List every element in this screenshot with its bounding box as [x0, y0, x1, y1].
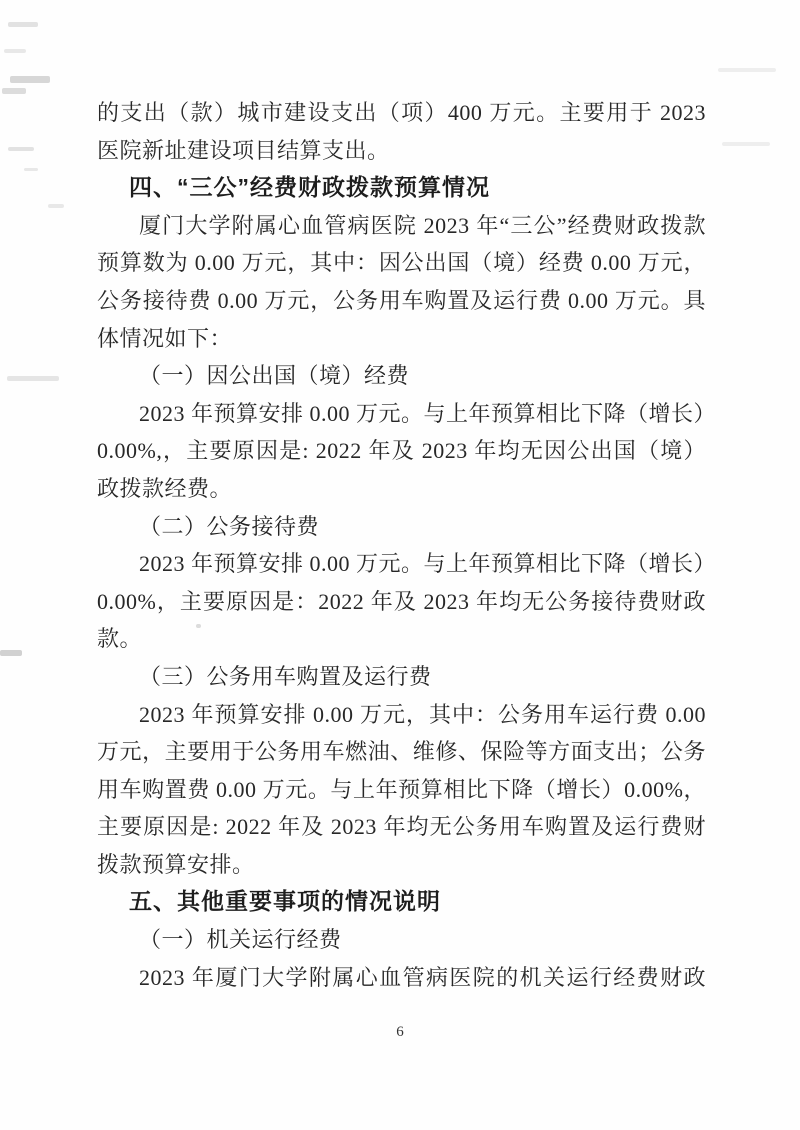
text-line: 拨款预算安排。: [97, 846, 706, 884]
scan-artifact: [8, 147, 34, 151]
text-line: 医院新址建设项目结算支出。: [97, 132, 706, 170]
text-line: 公务接待费 0.00 万元，公务用车购置及运行费 0.00 万元。具: [97, 282, 706, 320]
section-heading: 五、其他重要事项的情况说明: [97, 883, 706, 921]
scan-artifact: [24, 168, 38, 171]
scan-artifact: [48, 204, 64, 208]
text-line: 2023 年预算安排 0.00 万元，其中：公务用车运行费 0.00: [97, 696, 706, 734]
scanned-document-page: 的支出（款）城市建设支出（项）400 万元。主要用于 2023 年 医院新址建设…: [0, 0, 800, 1130]
text-line: 0.00%，主要原因是：2022 年及 2023 年均无公务接待费财政拨: [97, 583, 706, 621]
document-body: 的支出（款）城市建设支出（项）400 万元。主要用于 2023 年 医院新址建设…: [97, 94, 706, 996]
text-line: 政拨款经费。: [97, 470, 706, 508]
page-number: 6: [0, 1024, 800, 1041]
subsection-heading: （三）公务用车购置及运行费: [97, 658, 706, 696]
scan-artifact: [10, 76, 50, 83]
subsection-heading: （二）公务接待费: [97, 508, 706, 546]
text-line: 0.00%,，主要原因是: 2022 年及 2023 年均无因公出国（境）财: [97, 432, 706, 470]
text-line: 2023 年厦门大学附属心血管病医院的机关运行经费财政拨: [97, 959, 706, 997]
text-line: 2023 年预算安排 0.00 万元。与上年预算相比下降（增长）: [97, 395, 706, 433]
text-line: 主要原因是: 2022 年及 2023 年均无公务用车购置及运行费财政: [97, 808, 706, 846]
scan-artifact: [8, 22, 38, 27]
scan-artifact: [0, 650, 22, 656]
section-heading: 四、“三公”经费财政拨款预算情况: [97, 169, 706, 207]
text-line: 的支出（款）城市建设支出（项）400 万元。主要用于 2023 年: [97, 94, 706, 132]
scan-artifact: [722, 142, 770, 146]
scan-artifact: [2, 88, 26, 94]
subsection-heading: （一）因公出国（境）经费: [97, 357, 706, 395]
text-line: 万元，主要用于公务用车燃油、维修、保险等方面支出；公务: [97, 733, 706, 771]
text-line: 2023 年预算安排 0.00 万元。与上年预算相比下降（增长）: [97, 545, 706, 583]
text-line: 用车购置费 0.00 万元。与上年预算相比下降（增长）0.00%，: [97, 771, 706, 809]
text-line: 厦门大学附属心血管病医院 2023 年“三公”经费财政拨款: [97, 207, 706, 245]
scan-artifact: [718, 68, 776, 72]
scan-artifact: [7, 376, 59, 381]
subsection-heading: （一）机关运行经费: [97, 921, 706, 959]
text-line: 预算数为 0.00 万元，其中：因公出国（境）经费 0.00 万元，: [97, 244, 706, 282]
text-line: 款。: [97, 620, 706, 658]
text-line: 体情况如下：: [97, 320, 706, 358]
scan-artifact: [4, 49, 26, 53]
